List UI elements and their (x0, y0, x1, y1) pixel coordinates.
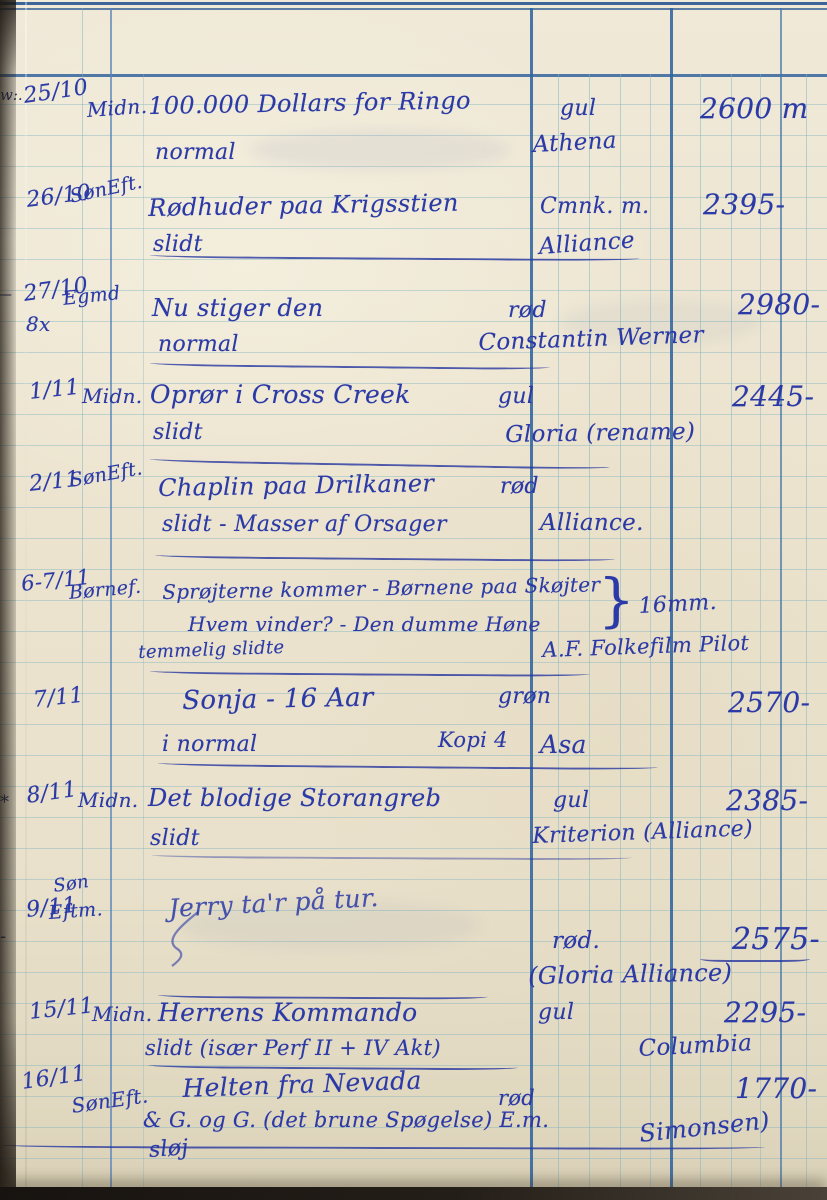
amount: 2575- (732, 922, 820, 957)
entry-separator-line (155, 552, 615, 562)
distributor: A.F. Folkefilm Pilot (542, 631, 750, 662)
distributor: Gloria (rename) (505, 419, 695, 448)
reel-color: gul (498, 384, 534, 409)
print-condition: slidt - Masser af Orsager (162, 512, 447, 537)
amount: 2600 m (700, 92, 809, 125)
reel-color: rød (500, 474, 539, 499)
entry-session: Egmd (62, 282, 121, 310)
entry-date: 15/11 (28, 993, 95, 1025)
entry-session: Midn. (86, 94, 148, 122)
print-condition: slidt (150, 826, 200, 851)
header-rule (0, 74, 827, 77)
film-title: Sonja - 16 Aar (182, 683, 374, 716)
amount: 2980- (738, 288, 820, 321)
distributor: (Gloria Alliance) (528, 958, 732, 990)
entry-date: 25/10 (22, 75, 90, 109)
distributor: Kriterion (Alliance) (532, 816, 753, 849)
entry-date-note: 8x (26, 312, 51, 336)
distributor: Asa (540, 730, 587, 759)
film-title-2: Hvem vinder? - Den dumme Høne (188, 612, 541, 636)
vline-desc-left (143, 74, 144, 1200)
entry-date: 16/11 (20, 1061, 88, 1095)
film-title: Chaplin paa Drilkaner (158, 469, 434, 502)
film-title: Oprør i Cross Creek (150, 380, 411, 409)
brace-glyph: } (598, 566, 635, 634)
reel-color: Cmnk. m. (540, 194, 649, 219)
vline-cash-7 (760, 74, 761, 1200)
bottom-page-edge (0, 1187, 827, 1200)
margin-mark: — (0, 284, 12, 303)
entry-session: SønEft. (68, 171, 144, 208)
print-condition: slidt (især Perf II + IV Akt) (145, 1036, 441, 1060)
ink-flourish (158, 910, 228, 970)
entry-separator-line (150, 668, 590, 677)
entry-session: SønEft. (68, 457, 144, 491)
reel-color: rød (508, 298, 547, 323)
print-condition: temmelig slidte (138, 637, 285, 663)
top-rule-2 (0, 8, 827, 10)
amount: 2445- (732, 380, 814, 413)
film-title: Herrens Kommando (158, 998, 418, 1027)
entry-separator-line (150, 456, 610, 470)
distributor: Alliance (538, 227, 636, 260)
vline-heavy-1 (530, 8, 533, 1200)
amount: 2395- (703, 188, 785, 221)
film-title: Nu stiger den (152, 294, 323, 322)
reel-color: rød. (552, 928, 600, 954)
print-condition: sløj (148, 1135, 189, 1163)
top-rule-1 (0, 2, 827, 5)
reel-color: gul (560, 96, 596, 121)
entry-date: 1/11 (28, 375, 81, 405)
film-title: Helten fra Nevada (182, 1066, 422, 1103)
margin-mark: w:. (0, 86, 23, 104)
entry-session: Midn. (78, 788, 138, 812)
entry-date: 8/11 (25, 777, 79, 809)
entry-separator-line (158, 760, 658, 770)
reel-color: rød (498, 1086, 535, 1110)
distributor: Constantin Werner (478, 322, 704, 356)
page-crease (25, 0, 27, 1200)
film-title: 100.000 Dollars for Ringo (148, 86, 471, 120)
margin-mark: - (0, 926, 6, 947)
amount: 2385- (726, 784, 808, 817)
print-condition: i normal (162, 732, 257, 757)
film-title: Det blodige Storangreb (148, 784, 441, 812)
distributor: Columbia (638, 1030, 753, 1062)
print-condition: slidt (153, 420, 203, 445)
film-format: 16mm. (638, 590, 717, 619)
binding-edge (0, 0, 16, 1200)
print-condition: slidt (153, 232, 203, 257)
reel-color: gul (553, 788, 589, 813)
ledger-page: 25/10 Midn. 100.000 Dollars for Ringo no… (0, 0, 827, 1200)
print-condition: normal (158, 332, 239, 357)
entry-date: 7/11 (32, 683, 85, 713)
reel-color: gul (538, 1000, 574, 1025)
entry-session: Midn. (82, 384, 142, 408)
amount: 2295- (724, 996, 806, 1029)
reel-color: grøn (498, 684, 551, 709)
entry-session: Eftm. (48, 898, 103, 924)
entry-separator-line (152, 852, 632, 861)
distributor: Simonsen) (638, 1106, 771, 1148)
margin-mark: * (0, 792, 9, 813)
distributor: Alliance. (540, 510, 644, 536)
amount: 1770- (735, 1072, 817, 1105)
entry-separator-line (150, 360, 550, 370)
film-title-2: & G. og G. (det brune Spøgelse) E.m. (143, 1108, 549, 1132)
amount: 2570- (728, 686, 810, 719)
bleedthrough-smudge (250, 130, 510, 170)
distributor: Athena (532, 128, 617, 158)
film-title: Rødhuder paa Krigsstien (148, 189, 459, 222)
entry-session: Midn. (92, 1002, 152, 1026)
film-title: Sprøjterne kommer - Børnene paa Skøjter (162, 572, 600, 604)
print-condition: normal (155, 140, 236, 165)
vline-cash-8 (806, 74, 807, 1200)
copy-note: Kopi 4 (438, 728, 508, 752)
entry-session: SønEft. (70, 1083, 150, 1118)
